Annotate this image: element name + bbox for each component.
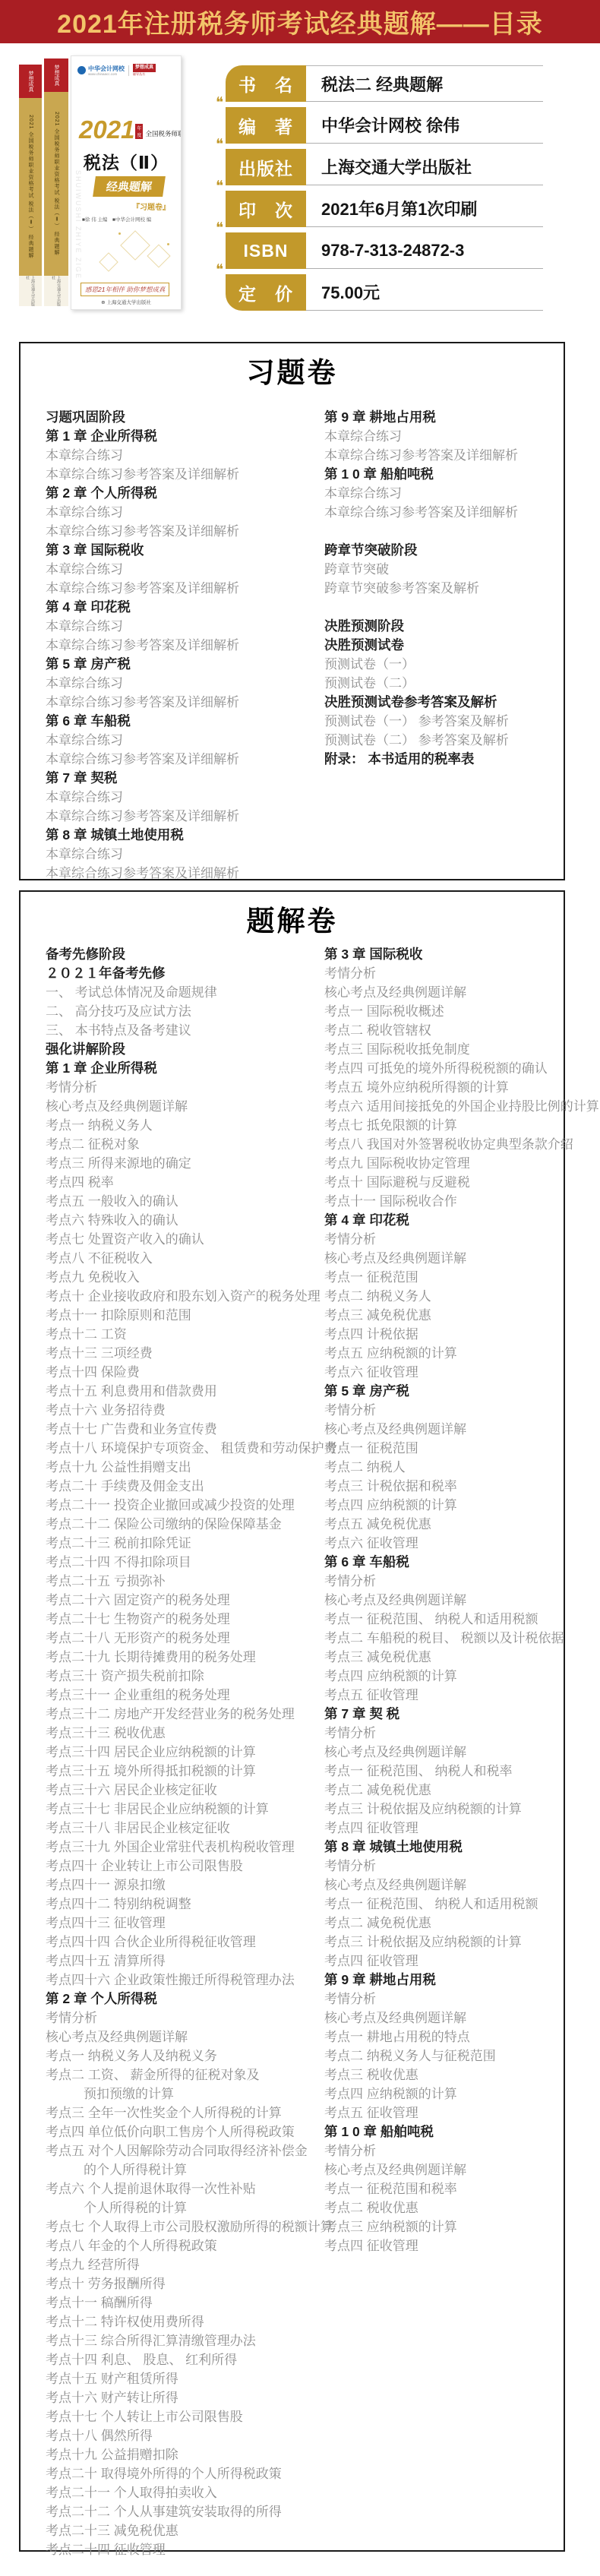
toc-item: 考点五 减免税优惠 bbox=[324, 1515, 599, 1534]
toc-item: 本章综合练习 bbox=[46, 560, 324, 579]
divider bbox=[128, 65, 129, 76]
toc-item: 考点三 国际税收抵免制度 bbox=[324, 1040, 599, 1059]
toc-item: 本章综合练习参考答案及详细解析 bbox=[46, 807, 324, 826]
toc-item: 考点十七 个人转让上市公司限售股 bbox=[46, 2407, 324, 2426]
toc-item: 本章综合练习 bbox=[46, 674, 324, 693]
cover-publisher: ⊕ 上海交通大学出版社 bbox=[71, 299, 181, 305]
toc-heading: 第 2 章 个人所得税 bbox=[46, 484, 324, 503]
toc-item: 本章综合练习 bbox=[46, 731, 324, 750]
toc-item: 考点三十三 税收优惠 bbox=[46, 1724, 324, 1743]
toc-item: 考点四十六 企业政策性搬迁所得税管理办法 bbox=[46, 1971, 324, 1990]
toc-item: 考点十九 公益性捐赠支出 bbox=[46, 1458, 324, 1477]
dot-decoration bbox=[118, 232, 121, 235]
row-label: 编 著 bbox=[226, 107, 306, 144]
page: 2021年注册税务师考试经典题解——目录 梦想成真 2021 全国税务师职业资格… bbox=[0, 0, 600, 2576]
toc-item: 考点二 税收管辖权 bbox=[324, 1021, 599, 1040]
toc-item: 考点一 纳税义务人 bbox=[46, 1116, 324, 1135]
toc-item: 考点十四 利息、 股息、 红利所得 bbox=[46, 2350, 324, 2369]
cover-slogan: 感恩21年相伴 助你梦想成真 bbox=[81, 283, 169, 296]
toc-item: 考点十五 财产租赁所得 bbox=[46, 2369, 324, 2388]
toc-item: 考点四十一 源泉扣缴 bbox=[46, 1876, 324, 1895]
toc-item: 考点五 对个人因解除劳动合同取得经济补偿金 bbox=[46, 2141, 324, 2160]
toc-item: 考点一 征税范围、 纳税人和税率 bbox=[324, 1762, 599, 1781]
row-value: 978-7-313-24872-3 bbox=[306, 232, 543, 269]
toc-item: 考点三 全年一次性奖金个人所得税的计算 bbox=[46, 2103, 324, 2122]
toc-heading: 第 3 章 国际税收 bbox=[324, 945, 599, 964]
toc-item: 考情分析 bbox=[324, 2141, 599, 2160]
toc-item: 考点四十五 清算所得 bbox=[46, 1952, 324, 1971]
toc-item: 考点一 征税范围 bbox=[324, 1268, 599, 1287]
toc-item: 考点四 计税依据 bbox=[324, 1325, 599, 1344]
brand-url: www.chinaacc.com bbox=[88, 72, 125, 76]
toc-item: 核心考点及经典例题详解 bbox=[46, 2028, 324, 2047]
toc-item: 考点三十 资产损失税前扣除 bbox=[46, 1667, 324, 1686]
toc-item: 考点二十三 税前扣除凭证 bbox=[46, 1534, 324, 1553]
toc-item: 预测试卷（一） bbox=[324, 655, 564, 674]
toc-item: 考情分析 bbox=[324, 1724, 599, 1743]
toc-heading: 第 1 0 章 船舶吨税 bbox=[324, 465, 564, 484]
toc-item: 考点三十六 居民企业核定征收 bbox=[46, 1781, 324, 1800]
toc-item: 考点四 征收管理 bbox=[324, 1952, 599, 1971]
toc-item: 考点四 应纳税额的计算 bbox=[324, 1496, 599, 1515]
toc-item: 考点三 计税依据及应纳税额的计算 bbox=[324, 1800, 599, 1819]
toc-item: 考点三十七 非居民企业应纳税额的计算 bbox=[46, 1800, 324, 1819]
cover-watermark: SHUIWUSHI ZHIYE ZIGE bbox=[74, 170, 82, 280]
quote-icon: ❝ bbox=[216, 137, 223, 152]
toc-spacer bbox=[324, 522, 564, 541]
toc-item: 本章综合练习参考答案及详细解析 bbox=[46, 750, 324, 769]
toc-item: 考点三十二 房地产开发经营业务的税务处理 bbox=[46, 1705, 324, 1724]
toc-item: 三、 本书特点及备考建议 bbox=[46, 1021, 324, 1040]
quote-icon: ❝ bbox=[216, 96, 223, 110]
toc-item: 考点六 个人提前退休取得一次性补贴 bbox=[46, 2179, 324, 2198]
table-row: ❝ 出版社 上海交通大学出版社 bbox=[226, 149, 543, 185]
toc-item: 考点四十 企业转让上市公司限售股 bbox=[46, 1857, 324, 1876]
quote-icon: ❝ bbox=[216, 179, 223, 194]
brand-badge: 梦想成真 bbox=[133, 64, 156, 72]
spine-publisher: 上海交通大学出版社 bbox=[19, 276, 42, 306]
toc-item: 本章综合练习参考答案及详细解析 bbox=[46, 864, 324, 883]
toc-item: 考点十七 广告费和业务宣传费 bbox=[46, 1420, 324, 1439]
cover-subtitle-ribbon: 经典题解 bbox=[93, 176, 166, 197]
toc-item: 考情分析 bbox=[324, 964, 599, 983]
dot-decoration bbox=[167, 243, 169, 245]
toc-heading: ２０２１年备考先修 bbox=[46, 964, 324, 983]
toc-item: 预扣预缴的计算 bbox=[46, 2085, 324, 2103]
toc-heading: 第 9 章 耕地占用税 bbox=[324, 1971, 599, 1990]
cover-brand-row: 中华会计网校 www.chinaacc.com 梦想成真 辅导丛书 bbox=[77, 64, 156, 77]
toc-item: 考点二十 手续费及佣金支出 bbox=[46, 1477, 324, 1496]
toc-item: 本章综合练习 bbox=[324, 427, 564, 446]
toc-item: 本章综合练习参考答案及详细解析 bbox=[46, 522, 324, 541]
toc-item: 本章综合练习参考答案及详细解析 bbox=[46, 465, 324, 484]
table-row: ❝ 编 著 中华会计网校 徐伟 bbox=[226, 107, 543, 144]
toc-item: 考点一 征税范围、 纳税人和适用税额 bbox=[324, 1895, 599, 1914]
toc-item: 考情分析 bbox=[324, 1990, 599, 2009]
toc-heading: 第 8 章 城镇土地使用税 bbox=[46, 826, 324, 845]
brand-badge-sub: 辅导丛书 bbox=[133, 72, 156, 77]
cube-decoration bbox=[99, 252, 118, 271]
quote-icon: ❝ bbox=[216, 263, 223, 277]
table-row: ❝ 定 价 75.00元 bbox=[226, 274, 543, 311]
toc-item: 考情分析 bbox=[46, 1078, 324, 1097]
toc-heading: 第 8 章 城镇土地使用税 bbox=[324, 1838, 599, 1857]
cover-authors: ■徐 伟 主编 ■中华会计网校 编 bbox=[82, 216, 151, 223]
toc-item: 考点五 征收管理 bbox=[324, 2103, 599, 2122]
toc-item: 考点五 一般收入的确认 bbox=[46, 1192, 324, 1211]
cover-year-tag: 年度 bbox=[135, 124, 143, 139]
toc-item: 考点三十五 境外所得抵扣税额的计算 bbox=[46, 1762, 324, 1781]
toc-heading: 习题巩固阶段 bbox=[46, 408, 324, 427]
toc-heading: 第 4 章 印花税 bbox=[46, 598, 324, 617]
toc-item: 考点三十八 非居民企业核定征收 bbox=[46, 1819, 324, 1838]
toc-item: 考点二十九 长期待摊费用的税务处理 bbox=[46, 1648, 324, 1667]
cover-volume: 『习题卷』 bbox=[132, 201, 170, 212]
toc-item: 考点四十二 特别纳税调整 bbox=[46, 1895, 324, 1914]
toc-heading: 第 1 章 企业所得税 bbox=[46, 1059, 324, 1078]
toc-heading: 备考先修阶段 bbox=[46, 945, 324, 964]
toc-item: 考点四 税率 bbox=[46, 1173, 324, 1192]
toc-item: 考点二十五 亏损弥补 bbox=[46, 1572, 324, 1591]
toc-item: 二、 高分技巧及应试方法 bbox=[46, 1002, 324, 1021]
toc-item: 考点三 所得来源地的确定 bbox=[46, 1154, 324, 1173]
toc-item: 考情分析 bbox=[324, 1401, 599, 1420]
toc-item: 跨章节突破参考答案及解析 bbox=[324, 579, 564, 598]
book-spine: 梦想成真 2021 全国税务师职业资格考试 税法（Ⅱ） 经典题解 上海交通大学出… bbox=[44, 58, 68, 306]
toc-item: 考点二十一 投资企业撤回或减少投资的处理 bbox=[46, 1496, 324, 1515]
toc-heading: 决胜预测试卷 bbox=[324, 636, 564, 655]
toc-item: 考点二 征税对象 bbox=[46, 1135, 324, 1154]
toc-item: 考情分析 bbox=[324, 1572, 599, 1591]
toc-item: 核心考点及经典例题详解 bbox=[324, 2009, 599, 2028]
toc-item: 考点八 年金的个人所得税政策 bbox=[46, 2236, 324, 2255]
toc-heading: 第 2 章 个人所得税 bbox=[46, 1990, 324, 2009]
toc-item: 预测试卷（二） 参考答案及解析 bbox=[324, 731, 564, 750]
toc-item: 考点十八 环境保护专项资金、 租赁费和劳动保护费 bbox=[46, 1439, 324, 1458]
toc-item: 考点一 征税范围和税率 bbox=[324, 2179, 599, 2198]
toc-item: 考点三 计税依据及应纳税额的计算 bbox=[324, 1933, 599, 1952]
brand-name: 中华会计网校 bbox=[88, 65, 125, 72]
toc-item: 考点一 国际税收概述 bbox=[324, 1002, 599, 1021]
toc-item: 考点二十 取得境外所得的个人所得税政策 bbox=[46, 2464, 324, 2483]
toc-item: 本章综合练习参考答案及详细解析 bbox=[46, 636, 324, 655]
toc-heading: 第 1 章 企业所得税 bbox=[46, 427, 324, 446]
page-title: 2021年注册税务师考试经典题解——目录 bbox=[57, 3, 543, 40]
toc-item: 考点二 税收优惠 bbox=[324, 2198, 599, 2217]
toc-item: 预测试卷（二） bbox=[324, 674, 564, 693]
toc-heading: 强化讲解阶段 bbox=[46, 1040, 324, 1059]
toc-item: 考点三十九 外国企业常驻代表机构税收管理 bbox=[46, 1838, 324, 1857]
toc-item: 考点九 免税收入 bbox=[46, 1268, 324, 1287]
toc-columns: 备考先修阶段２０２１年备考先修一、 考试总体情况及命题规律二、 高分技巧及应试方… bbox=[46, 945, 564, 2559]
toc-item: 考点八 不征税收入 bbox=[46, 1249, 324, 1268]
toc-heading: 附录： 本书适用的税率表 bbox=[324, 750, 564, 769]
toc-heading: 第 6 章 车船税 bbox=[324, 1553, 599, 1572]
cover-year: 2021 bbox=[79, 119, 134, 141]
toc-item: 考点二 车船税的税目、 税额以及计税依据 bbox=[324, 1629, 599, 1648]
toc-item: 考点六 征收管理 bbox=[324, 1534, 599, 1553]
toc-item: 考点十三 三项经费 bbox=[46, 1344, 324, 1363]
toc-item: 考点二 纳税义务人 bbox=[324, 1287, 599, 1306]
toc-item: 考点十 企业接收政府和股东划入资产的税务处理 bbox=[46, 1287, 324, 1306]
toc-item: 预测试卷（一） 参考答案及解析 bbox=[324, 712, 564, 731]
cube-decoration bbox=[147, 244, 170, 267]
row-label: ISBN bbox=[226, 232, 306, 269]
toc-item: 考点二十八 无形资产的税务处理 bbox=[46, 1629, 324, 1648]
toc-item: 考点十 劳务报酬所得 bbox=[46, 2274, 324, 2293]
toc-heading: 第 6 章 车船税 bbox=[46, 712, 324, 731]
book-spine: 梦想成真 2021 全国税务师职业资格考试 税法（Ⅱ） 经典题解 上海交通大学出… bbox=[19, 65, 42, 306]
toc-item: 考点二 工资、 薪金所得的征税对象及 bbox=[46, 2066, 324, 2085]
book-cover-image: 梦想成真 2021 全国税务师职业资格考试 税法（Ⅱ） 经典题解 上海交通大学出… bbox=[19, 55, 180, 308]
table-row: 书 名 税法二 经典题解 bbox=[226, 65, 543, 102]
toc-item: 考点四 单位低价向职工售房个人所得税政策 bbox=[46, 2122, 324, 2141]
toc-item: 考点十五 利息费用和借款费用 bbox=[46, 1382, 324, 1401]
toc-item: 考点四 征收管理 bbox=[324, 1819, 599, 1838]
toc-item: 考点七 处置资产收入的确认 bbox=[46, 1230, 324, 1249]
brand-block: 中华会计网校 www.chinaacc.com bbox=[88, 65, 125, 76]
toc-spacer bbox=[324, 598, 564, 617]
row-value: 75.00元 bbox=[306, 274, 543, 311]
toc-item: 考点二十七 生物资产的税务处理 bbox=[46, 1610, 324, 1629]
toc-item: 考点七 抵免限额的计算 bbox=[324, 1116, 599, 1135]
toc-item: 考点十二 特许权使用费所得 bbox=[46, 2312, 324, 2331]
toc-heading: 决胜预测试卷参考答案及解析 bbox=[324, 693, 564, 712]
toc-item: 考情分析 bbox=[324, 1230, 599, 1249]
toc-item: 考点九 经营所得 bbox=[46, 2255, 324, 2274]
book-info-table: 书 名 税法二 经典题解 ❝ 编 著 中华会计网校 徐伟 ❝ 出版社 上海交通大… bbox=[226, 65, 543, 316]
toc-item: 考点四十四 合伙企业所得税征收管理 bbox=[46, 1933, 324, 1952]
toc-item: 核心考点及经典例题详解 bbox=[324, 1249, 599, 1268]
toc-item: 考点二十二 保险公司缴纳的保险保障基金 bbox=[46, 1515, 324, 1534]
toc-column-right: 第 3 章 国际税收考情分析核心考点及经典例题详解考点一 国际税收概述考点二 税… bbox=[324, 945, 599, 2559]
toc-item: 考点三 减免税优惠 bbox=[324, 1306, 599, 1325]
toc-heading: 跨章节突破阶段 bbox=[324, 541, 564, 560]
toc-heading: 第 7 章 契税 bbox=[46, 769, 324, 788]
toc-item: 考点十九 公益捐赠扣除 bbox=[46, 2445, 324, 2464]
toc-item: 考点十二 工资 bbox=[46, 1325, 324, 1344]
toc-item: 考点二十四 不得扣除项目 bbox=[46, 1553, 324, 1572]
spine-badge: 梦想成真 bbox=[44, 58, 68, 92]
toc-item: 考点四十三 征收管理 bbox=[46, 1914, 324, 1933]
toc-item: 个人所得税的计算 bbox=[46, 2198, 324, 2217]
cover-title: 税法（Ⅱ） bbox=[71, 149, 181, 174]
toc-item: 考点十六 业务招待费 bbox=[46, 1401, 324, 1420]
toc-item: 考点二十四 征收管理 bbox=[46, 2540, 324, 2559]
section-answer-volume: 题解卷 备考先修阶段２０２１年备考先修一、 考试总体情况及命题规律二、 高分技巧… bbox=[19, 890, 565, 2552]
toc-item: 考点四 应纳税额的计算 bbox=[324, 1667, 599, 1686]
toc-item: 核心考点及经典例题详解 bbox=[324, 1420, 599, 1439]
toc-item: 考点二 减免税优惠 bbox=[324, 1914, 599, 1933]
toc-item: 核心考点及经典例题详解 bbox=[324, 1591, 599, 1610]
brand-logo-icon bbox=[77, 66, 86, 74]
toc-item: 本章综合练习参考答案及详细解析 bbox=[324, 446, 564, 465]
toc-item: 考点四 应纳税额的计算 bbox=[324, 2085, 599, 2103]
spine-publisher: 上海交通大学出版社 bbox=[44, 276, 68, 306]
toc-item: 考点十一 稿酬所得 bbox=[46, 2293, 324, 2312]
toc-item: 本章综合练习 bbox=[324, 484, 564, 503]
section-exercise-volume: 习题卷 习题巩固阶段第 1 章 企业所得税本章综合练习本章综合练习参考答案及详细… bbox=[19, 342, 565, 880]
toc-item: 考点二十一 个人取得拍卖收入 bbox=[46, 2483, 324, 2502]
table-row: ❝ 印 次 2021年6月第1次印刷 bbox=[226, 191, 543, 227]
toc-item: 核心考点及经典例题详解 bbox=[46, 1097, 324, 1116]
toc-item: 考点一 耕地占用税的特点 bbox=[324, 2028, 599, 2047]
toc-heading: 第 7 章 契 税 bbox=[324, 1705, 599, 1724]
toc-column-left: 习题巩固阶段第 1 章 企业所得税本章综合练习本章综合练习参考答案及详细解析第 … bbox=[46, 408, 324, 883]
section-title: 习题卷 bbox=[21, 343, 564, 390]
cube-decoration bbox=[120, 230, 150, 261]
toc-item: 本章综合练习参考答案及详细解析 bbox=[46, 579, 324, 598]
toc-item: 考点十六 财产转让所得 bbox=[46, 2388, 324, 2407]
toc-item: 考点二 纳税人 bbox=[324, 1458, 599, 1477]
spine-badge: 梦想成真 bbox=[19, 65, 42, 98]
toc-item: 考点九 国际税收协定管理 bbox=[324, 1154, 599, 1173]
toc-item: 考点六 特殊收入的确认 bbox=[46, 1211, 324, 1230]
toc-item: 考点五 境外应纳税所得额的计算 bbox=[324, 1078, 599, 1097]
toc-item: 考点七 个人取得上市公司股权激励所得的税额计算 bbox=[46, 2217, 324, 2236]
row-value: 税法二 经典题解 bbox=[306, 65, 543, 102]
cover-exam-name: 全国税务师职业资格考试 bbox=[145, 129, 182, 138]
cover-year-row: 2021 年度 全国税务师职业资格考试 bbox=[79, 119, 182, 141]
toc-item: 考点六 征收管理 bbox=[324, 1363, 599, 1382]
toc-item: 本章综合练习 bbox=[46, 788, 324, 807]
toc-item: 考点八 我国对外签署税收协定典型条款介绍 bbox=[324, 1135, 599, 1154]
spine-text: 2021 全国税务师职业资格考试 税法（Ⅱ） 经典题解 bbox=[52, 92, 60, 276]
toc-item: 考点三十一 企业重组的税务处理 bbox=[46, 1686, 324, 1705]
row-value: 上海交通大学出版社 bbox=[306, 149, 543, 185]
toc-column-left: 备考先修阶段２０２１年备考先修一、 考试总体情况及命题规律二、 高分技巧及应试方… bbox=[46, 945, 324, 2559]
row-value: 中华会计网校 徐伟 bbox=[306, 107, 543, 144]
toc-item: 考点十一 国际税收合作 bbox=[324, 1192, 599, 1211]
toc-item: 考点三十四 居民企业应纳税额的计算 bbox=[46, 1743, 324, 1762]
table-row: ❝ ISBN 978-7-313-24872-3 bbox=[226, 232, 543, 269]
row-label: 印 次 bbox=[226, 191, 306, 227]
toc-item: 考点二十三 减免税优惠 bbox=[46, 2521, 324, 2540]
toc-item: 考点三 减免税优惠 bbox=[324, 1648, 599, 1667]
toc-item: 本章综合练习参考答案及详细解析 bbox=[324, 503, 564, 522]
section-title: 题解卷 bbox=[21, 892, 564, 939]
toc-item: 考点三 应纳税额的计算 bbox=[324, 2217, 599, 2236]
toc-item: 考点六 适用间接抵免的外国企业持股比例的计算 bbox=[324, 1097, 599, 1116]
toc-item: 考点十三 综合所得汇算清缴管理办法 bbox=[46, 2331, 324, 2350]
toc-item: 的个人所得税计算 bbox=[46, 2160, 324, 2179]
spine-text: 2021 全国税务师职业资格考试 税法（Ⅱ） 经典题解 bbox=[27, 98, 34, 276]
toc-item: 本章综合练习参考答案及详细解析 bbox=[46, 693, 324, 712]
toc-item: 考点四 征收管理 bbox=[324, 2236, 599, 2255]
row-value: 2021年6月第1次印刷 bbox=[306, 191, 543, 227]
toc-item: 本章综合练习 bbox=[46, 617, 324, 636]
toc-item: 考点二 减免税优惠 bbox=[324, 1781, 599, 1800]
toc-columns: 习题巩固阶段第 1 章 企业所得税本章综合练习本章综合练习参考答案及详细解析第 … bbox=[46, 408, 564, 883]
toc-item: 考点一 纳税义务人及纳税义务 bbox=[46, 2047, 324, 2066]
toc-item: 核心考点及经典例题详解 bbox=[324, 1743, 599, 1762]
toc-item: 核心考点及经典例题详解 bbox=[324, 1876, 599, 1895]
toc-item: 考点三 税收优惠 bbox=[324, 2066, 599, 2085]
toc-item: 考点十四 保险费 bbox=[46, 1363, 324, 1382]
toc-item: 考点五 征收管理 bbox=[324, 1686, 599, 1705]
row-label: 出版社 bbox=[226, 149, 306, 185]
toc-item: 考点三 计税依据和税率 bbox=[324, 1477, 599, 1496]
toc-item: 考情分析 bbox=[46, 2009, 324, 2028]
toc-item: 本章综合练习 bbox=[46, 503, 324, 522]
row-label: 书 名 bbox=[226, 65, 306, 102]
toc-heading: 第 5 章 房产税 bbox=[46, 655, 324, 674]
toc-item: 考情分析 bbox=[324, 1857, 599, 1876]
toc-item: 考点十一 扣除原则和范围 bbox=[46, 1306, 324, 1325]
toc-column-right: 第 9 章 耕地占用税本章综合练习本章综合练习参考答案及详细解析第 1 0 章 … bbox=[324, 408, 564, 883]
page-banner: 2021年注册税务师考试经典题解——目录 bbox=[0, 0, 600, 43]
toc-heading: 决胜预测阶段 bbox=[324, 617, 564, 636]
toc-item: 本章综合练习 bbox=[46, 845, 324, 864]
row-label: 定 价 bbox=[226, 274, 306, 311]
book-front-cover: 中华会计网校 www.chinaacc.com 梦想成真 辅导丛书 SHUIWU… bbox=[71, 55, 182, 310]
toc-heading: 第 5 章 房产税 bbox=[324, 1382, 599, 1401]
toc-item: 跨章节突破 bbox=[324, 560, 564, 579]
toc-item: 核心考点及经典例题详解 bbox=[324, 2160, 599, 2179]
toc-heading: 第 9 章 耕地占用税 bbox=[324, 408, 564, 427]
toc-item: 考点四 可抵免的境外所得税税额的确认 bbox=[324, 1059, 599, 1078]
toc-heading: 第 1 0 章 船舶吨税 bbox=[324, 2122, 599, 2141]
toc-item: 考点十八 偶然所得 bbox=[46, 2426, 324, 2445]
toc-item: 考点二 纳税义务人与征税范围 bbox=[324, 2047, 599, 2066]
brand-badge-block: 梦想成真 辅导丛书 bbox=[133, 64, 156, 77]
quote-icon: ❝ bbox=[216, 221, 223, 235]
toc-item: 考点五 应纳税额的计算 bbox=[324, 1344, 599, 1363]
toc-item: 一、 考试总体情况及命题规律 bbox=[46, 983, 324, 1002]
toc-item: 考点一 征税范围 bbox=[324, 1439, 599, 1458]
toc-item: 考点一 征税范围、 纳税人和适用税额 bbox=[324, 1610, 599, 1629]
toc-item: 本章综合练习 bbox=[46, 446, 324, 465]
toc-item: 考点十 国际避税与反避税 bbox=[324, 1173, 599, 1192]
toc-heading: 第 4 章 印花税 bbox=[324, 1211, 599, 1230]
toc-item: 核心考点及经典例题详解 bbox=[324, 983, 599, 1002]
toc-heading: 第 3 章 国际税收 bbox=[46, 541, 324, 560]
toc-item: 考点二十二 个人从事建筑安装取得的所得 bbox=[46, 2502, 324, 2521]
toc-item: 考点二十六 固定资产的税务处理 bbox=[46, 1591, 324, 1610]
